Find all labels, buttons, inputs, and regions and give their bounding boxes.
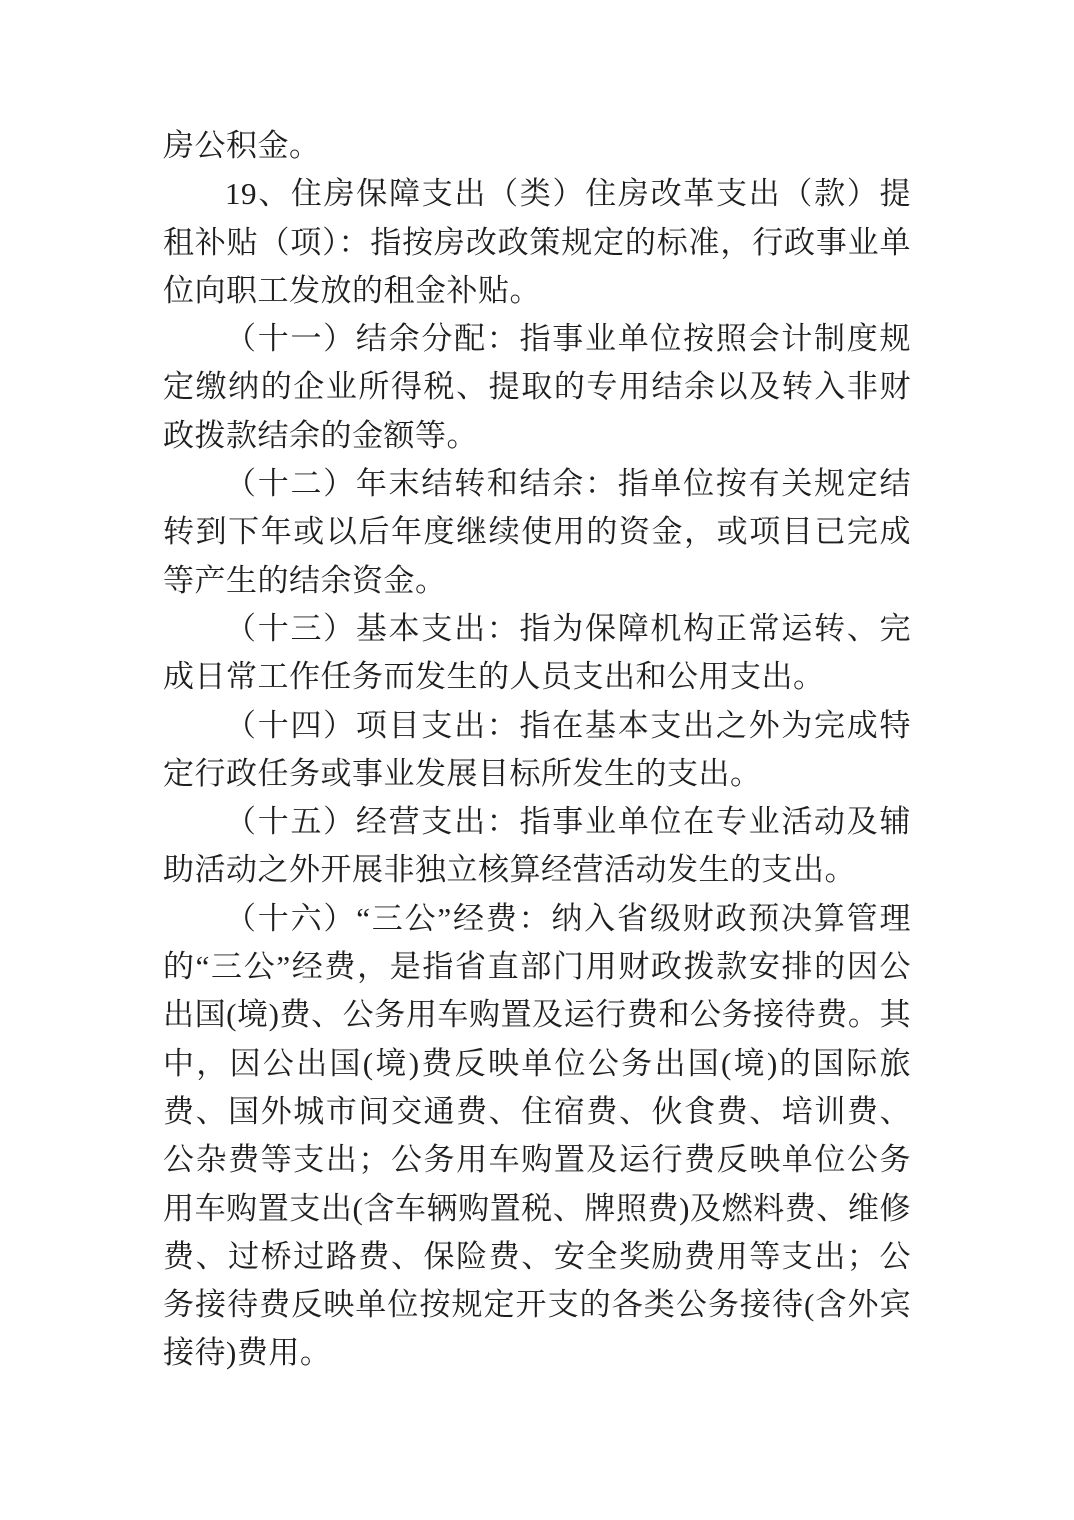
document-text-block: 房公积金。 19、住房保障支出（类）住房改革支出（款）提租补贴（项）：指按房改政… bbox=[163, 122, 911, 1378]
document-page: 房公积金。 19、住房保障支出（类）住房改革支出（款）提租补贴（项）：指按房改政… bbox=[0, 0, 1074, 1520]
paragraph-section-12-year-end-carryover: （十二）年末结转和结余：指单位按有关规定结转到下年或以后年度继续使用的资金，或项… bbox=[163, 460, 911, 605]
paragraph-section-16-three-public-funds: （十六）“三公”经费：纳入省级财政预决算管理的“三公”经费，是指省直部门用财政拨… bbox=[163, 895, 911, 1378]
paragraph-section-13-basic-expenditure: （十三）基本支出：指为保障机构正常运转、完成日常工作任务而发生的人员支出和公用支… bbox=[163, 605, 911, 702]
paragraph-item-19-housing-reform-rent-subsidy: 19、住房保障支出（类）住房改革支出（款）提租补贴（项）：指按房改政策规定的标准… bbox=[163, 170, 911, 315]
paragraph-section-14-project-expenditure: （十四）项目支出：指在基本支出之外为完成特定行政任务或事业发展目标所发生的支出。 bbox=[163, 702, 911, 799]
paragraph-section-15-operating-expenditure: （十五）经营支出：指事业单位在专业活动及辅助活动之外开展非独立核算经营活动发生的… bbox=[163, 798, 911, 895]
paragraph-section-11-balance-distribution: （十一）结余分配：指事业单位按照会计制度规定缴纳的企业所得税、提取的专用结余以及… bbox=[163, 315, 911, 460]
paragraph-housing-fund-continuation: 房公积金。 bbox=[163, 122, 911, 170]
